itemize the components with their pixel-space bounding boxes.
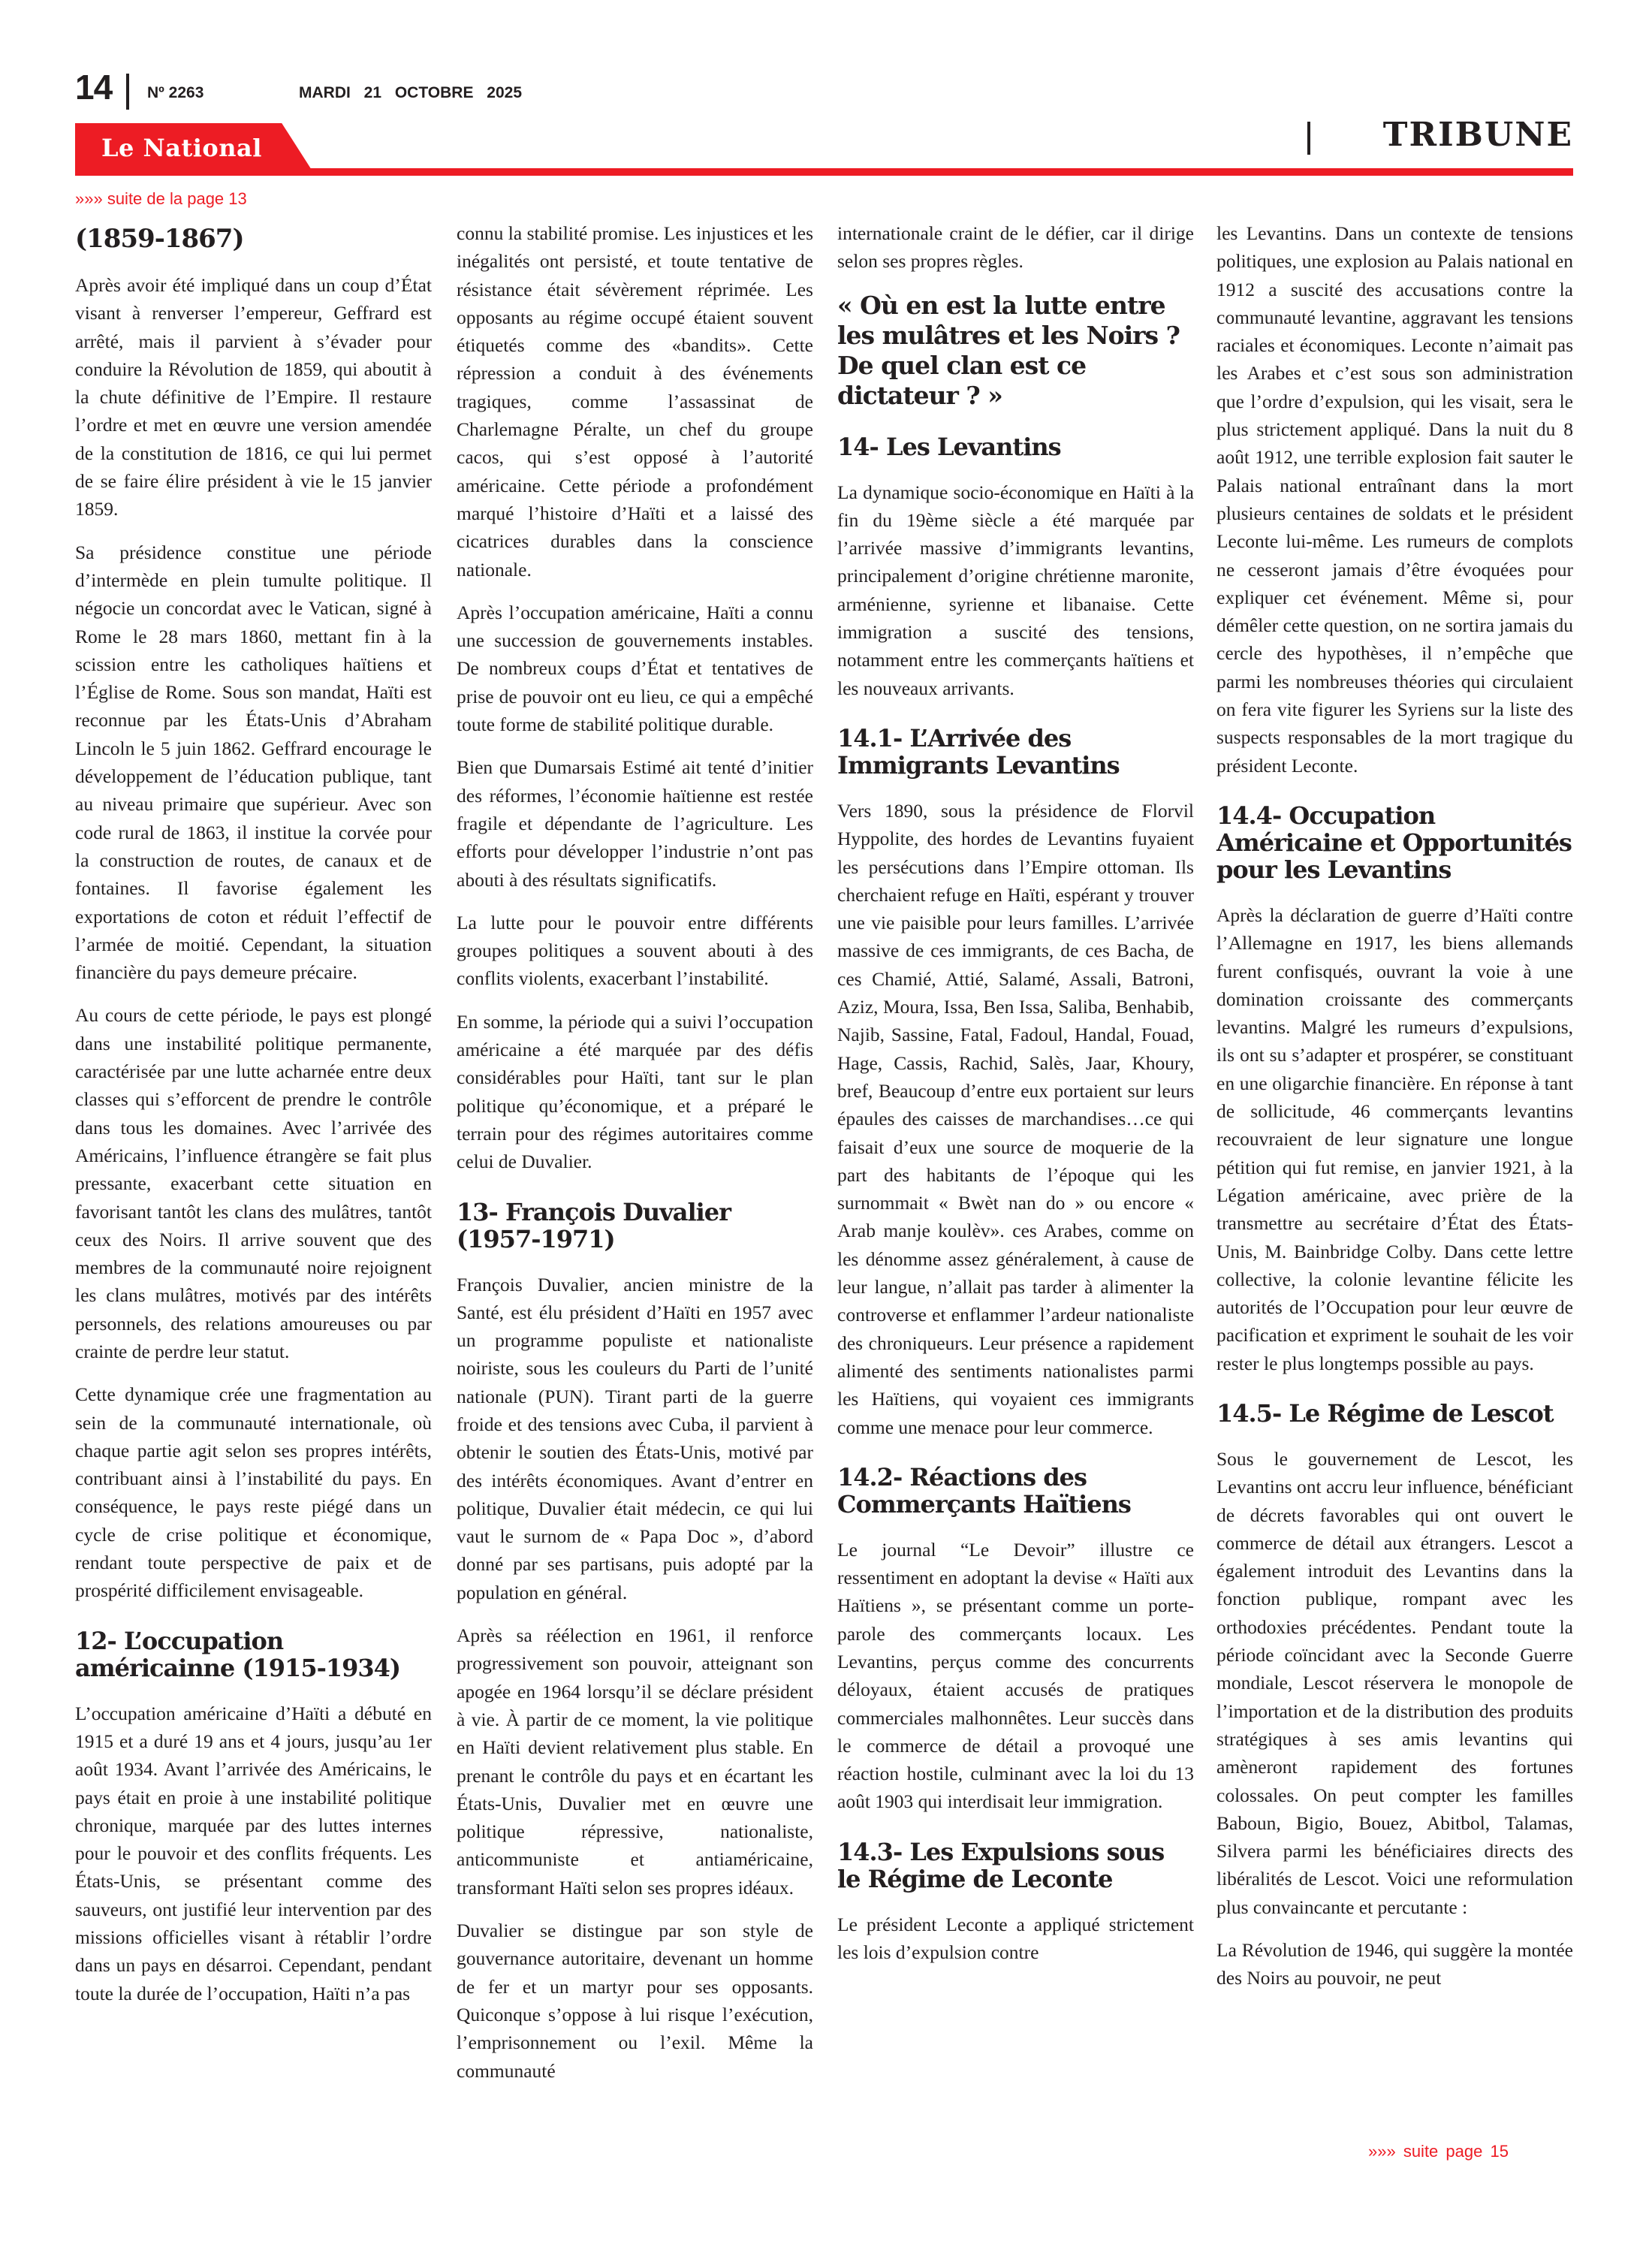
paragraph: François Duvalier, ancien ministre de la… [457, 1271, 813, 1607]
issue-number: Nº 2263 [147, 84, 203, 102]
paragraph: Cette dynamique crée une fragmentation a… [75, 1380, 432, 1604]
header-rule [75, 168, 1573, 176]
paragraph: Après la déclaration de guerre d’Haïti c… [1216, 901, 1573, 1377]
article-column-2: connu la stabilité promise. Les injustic… [457, 219, 813, 2100]
paragraph: Après avoir été impliqué dans un coup d’… [75, 271, 432, 523]
section-heading: 13- François Duvalier (1957-1971) [457, 1199, 813, 1253]
paragraph: connu la stabilité promise. Les injustic… [457, 219, 813, 584]
section-heading: 14.5- Le Régime de Lescot [1216, 1400, 1573, 1427]
section-title: TRIBUNE [1383, 116, 1573, 154]
page-number: 14 [75, 66, 112, 108]
section-heading: 12- L’occupation américainne (1915-1934) [75, 1627, 432, 1681]
paragraph: Sous le gouvernement de Lescot, les Leva… [1216, 1445, 1573, 1921]
paragraph: Au cours de cette période, le pays est p… [75, 1001, 432, 1365]
paragraph: Duvalier se distingue par son style de g… [457, 1917, 813, 2085]
continued-from-link[interactable]: »»» suite de la page 13 [75, 189, 247, 209]
pull-quote: « Où en est la lutte entre les mulâtres … [837, 291, 1194, 411]
header-divider [126, 74, 129, 110]
brand-logo: Le National [101, 134, 262, 162]
section-divider [1307, 122, 1310, 155]
section-heading: (1859-1867) [75, 225, 432, 253]
section-heading: 14.3- Les Expulsions sous le Régime de L… [837, 1838, 1194, 1893]
section-heading: 14- Les Levantins [837, 433, 1194, 460]
section-heading: 14.2- Réactions des Commerçants Haïtiens [837, 1464, 1194, 1518]
paragraph: Le journal “Le Devoir” illustre ce resse… [837, 1536, 1194, 1816]
section-heading: 14.4- Occupation Américaine et Opportuni… [1216, 802, 1573, 883]
paragraph: Le président Leconte a appliqué strictem… [837, 1911, 1194, 1967]
paragraph: Après l’occupation américaine, Haïti a c… [457, 599, 813, 738]
continued-to-link[interactable]: »»» suite page 15 [1368, 2142, 1509, 2161]
paragraph: En somme, la période qui a suivi l’occup… [457, 1008, 813, 1176]
paragraph: La lutte pour le pouvoir entre différent… [457, 909, 813, 993]
section-heading: 14.1- L’Arrivée des Immigrants Levantins [837, 725, 1194, 779]
paragraph: Vers 1890, sous la présidence de Florvil… [837, 797, 1194, 1441]
paragraph: Bien que Dumarsais Estimé ait tenté d’in… [457, 753, 813, 893]
paragraph: L’occupation américaine d’Haïti a débuté… [75, 1700, 432, 2007]
paragraph: La Révolution de 1946, qui suggère la mo… [1216, 1936, 1573, 1992]
paragraph: Après sa réélection en 1961, il renforce… [457, 1621, 813, 1902]
paragraph: La dynamique socio-économique en Haïti à… [837, 478, 1194, 702]
paragraph: Sa présidence constitue une période d’in… [75, 538, 432, 987]
paragraph: les Levantins. Dans un contexte de tensi… [1216, 219, 1573, 780]
article-column-1: (1859-1867) Après avoir été impliqué dan… [75, 222, 432, 2022]
article-column-3: internationale craint de le défier, car … [837, 219, 1194, 1981]
publication-date: MARDI 21 OCTOBRE 2025 [299, 84, 522, 102]
article-column-4: les Levantins. Dans un contexte de tensi… [1216, 219, 1573, 2007]
paragraph: internationale craint de le défier, car … [837, 219, 1194, 276]
